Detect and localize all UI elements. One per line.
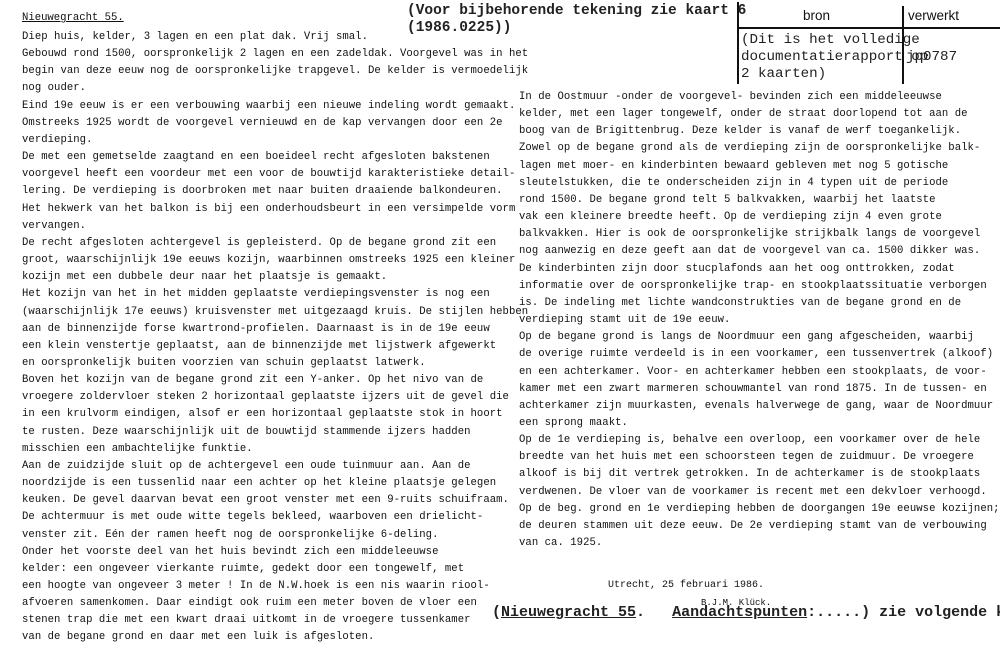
table-header-bron: bron [803,8,830,23]
footer-dot: . [636,604,672,621]
right-column-text: In de Oostmuur -onder de voorgevel- bevi… [519,89,1000,552]
footer-open-paren: ( [492,604,501,621]
place-date: Utrecht, 25 februari 1986. [608,580,764,591]
table-cell-verwerkt: jp0787 [906,49,957,65]
table-header-rule [737,27,1000,29]
table-cell-bron: (Dit is het volledige documentatierappor… [741,32,928,83]
document-title: Nieuwegracht 55. [22,12,124,24]
table-header-verwerkt: verwerkt [908,8,959,23]
left-column-text: Diep huis, kelder, 3 lagen en een plat d… [22,29,528,647]
footer-rest: :.....) zie volgende kaart. [807,604,1000,621]
table-border-left [737,2,739,84]
reference-note-line-1: (Voor bijbehorende tekening zie kaart 6 [407,3,746,19]
footer-street: Nieuwegracht 55 [501,604,636,621]
footer-continuation: (Nieuwegracht 55. Aandachtspunten:.....)… [492,604,1000,621]
footer-label: Aandachtspunten [672,604,807,621]
source-table: bron verwerkt (Dit is het volledige docu… [737,2,1000,84]
